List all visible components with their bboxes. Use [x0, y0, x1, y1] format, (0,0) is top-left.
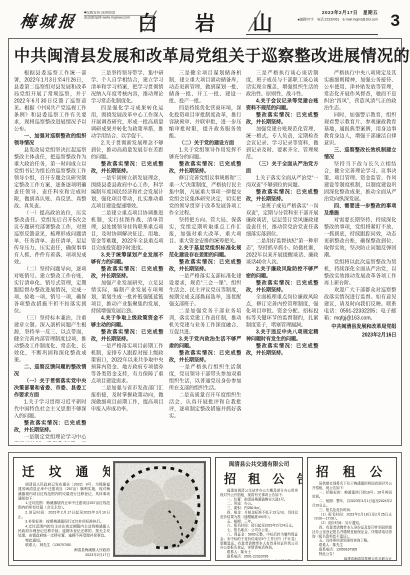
article-paragraph: 1.关于落实全面从严治党“一岗双责”不够到位的问题。	[246, 175, 318, 189]
grave-notice-body: 闽清县人民政府已发布通告〔2022〕9号，为保障福建省闽清县正举中迁建项目（25…	[18, 482, 110, 547]
article-paragraph: 二是建立重点项目协调推进机制，实行挂图作战、清单管理，县处级领导挂钩联系重点项目…	[91, 210, 163, 252]
article-subhead: 整改落实情况：已完成整改，并长期坚持。	[246, 343, 318, 357]
article-subhead: （一）关于贯彻落实党中央决策部署和省委、市委、县委工作要求方面	[14, 378, 86, 399]
header-rule	[246, 34, 378, 35]
page-header: 梅城报 ■权威发布·深读闽清 闽清新闻网 www.mqxww.com 白 岩 山…	[8, 5, 402, 35]
grave-notice-text: 迁 坟 通 知 闽清县人民政府已发布通告〔2022〕9号，为保障福建省闽清县正举…	[18, 461, 110, 557]
bus-rental-title: 招 租 公 告	[220, 470, 298, 487]
coop-rental-body: 县供销社现将名下位于梅溪镇的两间店面对外公开招租，现公告如下：一、招租标的：梅溪…	[312, 482, 392, 557]
notice-paragraph: 一、招租标的：梅溪镇西门街16号、26号两间店面。	[312, 491, 392, 500]
article-paragraph: 坚持当下改与长久立相结合，健全完善理论学习、议事决策、项目管理、资金监管、作风建…	[324, 161, 396, 203]
article-headline: 中共闽清县发展和改革局党组关于巡察整改进展情况的通报	[14, 43, 396, 66]
article-paragraph: （三）坚持标本兼治，注重建章立制。深入剖析问题产生根源，坚持举一反三、以点带面，…	[14, 315, 86, 364]
article-paragraph: 一是制定党组理论学习中心组学习计划，严格落实“第一议题”制度，2022年以来开展…	[14, 434, 86, 442]
article-subhead: 一、加强对巡察整改的组织领导情况	[14, 133, 86, 147]
bus-rental-body: 福建省闽清公交站旁办公大楼及部分办公用房现对外公开招租，现将有关事项公告如下：一…	[220, 489, 298, 559]
article-paragraph: 1.关于学习贯彻习近平新时代中国特色社会主义思想不够深入的问题。	[14, 399, 86, 420]
article-subhead: 整改落实情况：已完成整改，并长期坚持。	[91, 266, 163, 280]
coop-rental-title: 招 租 公 告	[312, 462, 392, 480]
notice-paragraph: 联系电话：0591-22333795	[220, 555, 298, 559]
article-paragraph: 根据县委巡察工作统一部署，2022年1月3日至4月26日，县委第二巡察组对县发展…	[14, 70, 86, 133]
article-paragraph: 全面梳理重点岗位廉政风险点，修订完善内控管理制度，强化项目审批、资金分配、招标投…	[246, 294, 318, 329]
article-paragraph: 二是加强与省市发改部门汇报衔接，及时掌握政策动向，做深做细项目前期工作，提高项目…	[91, 385, 163, 413]
article-subhead: 整改落实情况：已完成整改，并长期坚持。	[246, 280, 318, 294]
article-paragraph: 加强产业发展研究，立足县情实际，编制产业发展专项规划，策划生成一批补链强链延链项…	[91, 280, 163, 315]
notice-paragraph: 四、租金：月租金标准不低于13元/㎡，具体以竞价结果为准（递增幅度4%/年）。	[220, 511, 298, 520]
main-article: 中共闽清县发展和改革局党组关于巡察整改进展情况的通报 根据县委巡察工作统一部署，…	[8, 38, 402, 446]
notice-paragraph: 闽清县人民政府已发布通告〔2022〕9号，为保障福建省闽清县正举中迁建项目（25…	[18, 482, 110, 501]
article-paragraph: 二是加强党务干部业务培训，落实党建工作责任制，推动机关党建与业务工作深度融合、互…	[169, 308, 241, 336]
notice-paragraph: 2.登记时间：2023年2月17日起至2023年3月10日止。	[18, 510, 110, 519]
article-signature: 2023年2月16日	[324, 332, 396, 339]
notices-strip: 迁 坟 通 知 闽清县人民政府已发布通告〔2022〕9号，为保障福建省闽清县正举…	[8, 452, 402, 566]
map-image	[113, 461, 206, 557]
article-paragraph: 一是牢固树立新发展理念，围绕县委县政府中心工作，科学编制年度国民经济和社会发展计…	[91, 175, 163, 210]
article-paragraph: 党组将以此次巡察整改为契机，持续深化全面从严治党，以整改实效推动发展改革各项工作…	[324, 259, 396, 287]
article-paragraph: 一是严格执行组织生活制度，党员领导干部带头参加双重组织生活，以普通党员身份参加所…	[169, 364, 241, 392]
article-paragraph: 坚持把方向、管大局、保落实，党组定期听取重点工作汇报，加强对重大改革、重大项目、…	[169, 217, 241, 245]
article-paragraph: 一是严格落实支部标准化建设要求，规范“三会一课”、组织生活会、民主评议党员等制度…	[169, 273, 241, 308]
article-signature: 中共闽清县发展和改革局党组	[324, 324, 396, 331]
article-column: 根据县委巡察工作统一部署，2022年1月3日至4月26日，县委第二巡察组对县发展…	[14, 70, 86, 442]
article-subhead: 4.关于争取上级政策资金不够主动的问题。	[91, 315, 163, 329]
article-column: 严格执行中央八项规定及其实施细则精神，加强公务接待、公车使用、津补贴发放等管理，…	[324, 70, 396, 442]
notice-paragraph: 县供销社现将名下位于梅溪镇的两间店面对外公开招租，现公告如下：	[312, 482, 392, 491]
notice-paragraph: 1.迁坟范围：梅溪镇境内正举中迁建项目257亩红线范围内的所有坟墓（含无主坟）。	[18, 501, 110, 510]
article-column: 三是健全项目谋划储备机制，建立重大项目滚动储备库，动态更新管理，做到谋划一批、储…	[169, 70, 241, 442]
editor-line: ■编辑/叶宇 电话:22330061 E-mail:mqmd@163.com	[248, 17, 378, 22]
article-paragraph: 二是用好监督执纪“第一种形态”，坚持抓早抓小、防微杜渐，2022年以来开展提醒谈…	[246, 238, 318, 266]
newspaper-page: 梅城报 ■权威发布·深读闽清 闽清新闻网 www.mqxww.com 白 岩 山…	[0, 0, 410, 575]
notice-paragraph: 4.迁坟范围内的坟主应在规定期限内主动到梅溪镇人民政府办理登记迁移手续；逾期未登…	[18, 524, 110, 538]
notice-paragraph: （1）报名时间：2023年2月18日至2月25日止（9:00—17:00）。	[312, 513, 392, 522]
article-paragraph: 二是高质量召开年度组织生活会，认真开展批评和自我批评，逐项制定整改措施并抓好落实…	[169, 392, 241, 420]
article-subhead: （二）关于党的建设方面	[169, 140, 241, 147]
article-subhead: 4.关于会议记录等党建台账资料不规范的问题。	[246, 98, 318, 112]
article-paragraph: （二）坚持问题导向，逐项对账销号。建立整改工作台账，实行清单化、销号式管理，定期…	[14, 266, 86, 315]
article-paragraph: 三是坚持领导带学、集中研学、个人自学相结合，建立学习清单和学习档案，把学习贯彻情…	[91, 70, 163, 105]
article-subhead: （三）关于全面从严治党方面	[246, 161, 318, 175]
article-subhead: 整改落实情况：已完成整改，并长期坚持。	[246, 189, 318, 203]
article-paragraph: 欢迎广大干部群众对巡察整改落实情况进行监督。如有意见建议，请及时向我们反映。联系…	[324, 287, 396, 322]
article-paragraph: 四是强化学习成果转化运用，围绕发展改革中心工作深入开展调查研究，形成一批高质量调…	[91, 105, 163, 140]
article-subhead: 整改落实情况：已完成整改，并长期坚持。	[91, 161, 163, 175]
article-paragraph: 一是严格落实项目前期工作机制，安排专人跟踪对接上级政策窗口，2022年以来共争取…	[91, 343, 163, 385]
notice-paragraph: 特此公告！	[312, 552, 392, 556]
article-columns: 根据县委巡察工作统一部署，2022年1月3日至4月26日，县委第二巡察组对县发展…	[14, 70, 396, 442]
grave-notice-title: 迁 坟 通 知	[18, 462, 110, 480]
bus-rental-signature: 闽清县公共交通有限公司	[220, 560, 298, 561]
article-subhead: 整改落实情况：已完成整改，并长期坚持。	[169, 161, 241, 175]
article-column: 三是严格执行谈心谈话制度，班子成员与干部职工谈心谈话实现全覆盖，增强组织生活的政…	[246, 70, 318, 442]
article-paragraph: 加强党建台账规范化管理，统一格式、专人负责，定期检查会议记录、学习记录等资料，做…	[246, 126, 318, 161]
article-paragraph: 县发改局党组坚决扛起巡察整改主体责任，把巡察整改作为重大政治任务，第一时间成立以…	[14, 147, 86, 210]
page-number: 3	[391, 11, 400, 31]
article-column: 三是坚持领导带学、集中研学、个人自学相结合，建立学习清单和学习档案，把学习贯彻情…	[91, 70, 163, 442]
article-subhead: 3.关于统筹谋划产业发展不够有力的问题。	[91, 252, 163, 266]
bus-company-name: 闽清县公共交通有限公司	[220, 461, 298, 469]
article-paragraph: （一）提高政治站位，压实整改责任。党组先后召开5次会议专题研究部署整改工作，对照…	[14, 210, 86, 266]
article-paragraph: 三是健全项目谋划储备机制，建立重大项目滚动储备库，动态更新管理，做到谋划一批、储…	[169, 70, 241, 105]
article-subhead: 2.关于廉政风险防控不够严密的问题。	[246, 266, 318, 280]
notice-paragraph: 四、有意者请携带本人身份证及复印件到县供销社办公室登记报名并缴纳竞租保证金，详情…	[312, 526, 392, 539]
issue-meta: 2023年2月17日 星期五 ■编辑/叶宇 电话:22330061 E-mail…	[248, 9, 378, 34]
notice-paragraph: 二、租期：整年，自2023年3月1日起至2024年2月29日止。	[312, 500, 392, 509]
article-subhead: 三、巡察整改长效机制建立情况	[324, 147, 396, 161]
article-subhead: 整改落实情况：已完成整改，并长期坚持。	[14, 420, 86, 434]
article-subhead: 整改落实情况：已完成整改，并长期坚持。	[169, 259, 241, 273]
article-paragraph: 严格执行中央八项规定及其实施细则精神，加强公务接待、公车使用、津补贴发放等管理，…	[324, 70, 396, 112]
notice-paragraph: 联系人：林先生（13970705）	[18, 542, 110, 547]
article-paragraph: 对需要长期坚持、持续深化整改的事项，党组将紧盯不放、一抓到底，持续跟踪问效，动态…	[324, 217, 396, 259]
notice-paragraph: 福建省闽清公交站旁办公大楼及部分办公用房现对外公开招租，现将有关事项公告如下：	[220, 489, 298, 498]
article-paragraph: 同时，加强警示教育，组织观看警示教育片、参观廉政教育基地，通报典型案例，用身边事…	[324, 112, 396, 147]
grave-notice-date: 2023年2月17日	[18, 553, 110, 557]
article-subhead: 二、巡察反馈问题的整改情况	[14, 364, 86, 378]
bus-rental-notice: 闽清县公共交通有限公司 招 租 公 告 福建省闽清公交站旁办公大楼及部分办公用房…	[215, 457, 303, 561]
article-subhead: 整改落实情况：已完成整改，并长期坚持。	[169, 350, 241, 364]
article-paragraph: 三是严格执行谈心谈话制度，班子成员与干部职工谈心谈话实现全覆盖，增强组织生活的政…	[246, 70, 318, 98]
article-subhead: 四、需要进一步整改的事项及措施	[324, 203, 396, 217]
grave-notice: 迁 坟 通 知 闽清县人民政府已发布通告〔2022〕9号，为保障福建省闽清县正举…	[13, 457, 211, 561]
article-subhead: 2.关于基层党组织标准化规范化建设存在差距的问题。	[169, 245, 241, 259]
article-paragraph: 1.关于党组领导作用发挥不够充分的问题。	[169, 147, 241, 161]
article-paragraph: 一是班子成员严格落实“一岗双责”，定期与分管科室干部开展廉政谈话，层层签订党风廉…	[246, 203, 318, 238]
grave-notice-signature: 闽清县梅溪镇人民政府	[18, 548, 110, 553]
date-line: 2023年2月17日 星期五	[248, 9, 378, 16]
article-subhead: 3.关于党内政治生活不够严肃的问题。	[169, 336, 241, 350]
article-paragraph: 修订完善党组议事规则和“三重一大”决策制度，严格执行民主集中制，凡属重大事项一律…	[169, 175, 241, 217]
coop-rental-signature: 福建省闽清县供销合作社联合社	[312, 557, 392, 561]
article-paragraph: 四是持续优化营商环境，深化投资项目审批制度改革，推行容缺预审、并联审批，进一步压…	[169, 105, 241, 140]
article-subhead: 3.关于违反中央八项规定精神问题时有发生的问题。	[246, 329, 318, 343]
notice-paragraph: 八、保证金：5000元整，中标后转为履约保证金；未中标的于竞价结束后5个工作日内…	[220, 533, 298, 551]
article-paragraph: 2.关于贯彻新发展理念不够到位，推动高质量发展存在差距的问题。	[91, 140, 163, 161]
coop-rental-notice: 招 租 公 告 县供销社现将名下位于梅溪镇的两间店面对外公开招租，现公告如下：一…	[307, 457, 397, 561]
article-subhead: 整改落实情况：已完成整改，并长期坚持。	[91, 329, 163, 343]
article-subhead: 整改落实情况：已完成整改，并长期坚持。	[246, 112, 318, 126]
